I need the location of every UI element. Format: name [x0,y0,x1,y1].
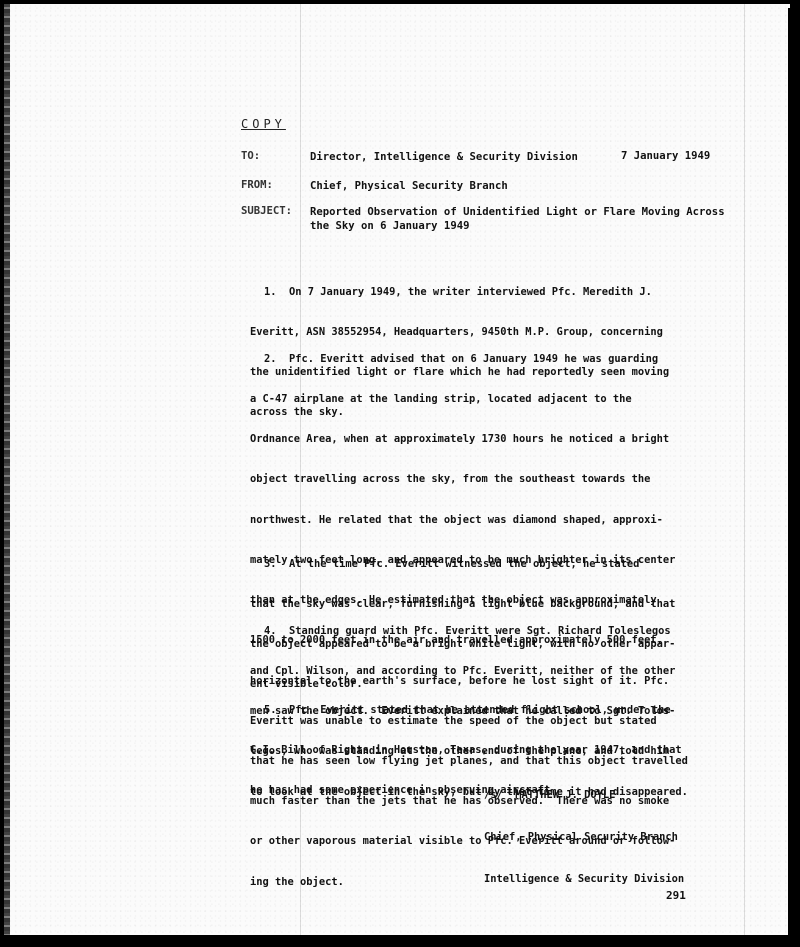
scan-edge-right [788,8,800,947]
paragraph-line: 3. At the time Pfc. Everitt witnessed th… [250,558,730,571]
subject-label: SUBJECT: [241,205,292,217]
to-label: TO: [241,150,260,162]
scan-edge [4,4,10,935]
paragraph-line: 2. Pfc. Everitt advised that on 6 Januar… [250,353,730,366]
subject-line-1: Reported Observation of Unidentified Lig… [310,205,725,219]
signature-division: Intelligence & Security Division [484,872,684,886]
signature-name: /s/ MATTHEW J. DOYLE [484,788,684,802]
subject-line-2: the Sky on 6 January 1949 [310,219,469,233]
from-label: FROM: [241,179,273,191]
paragraph-line: northwest. He related that the object wa… [250,514,730,527]
document-page: COPY TO: Director, Intelligence & Securi… [4,4,790,935]
memo-date: 7 January 1949 [621,150,710,162]
to-value: Director, Intelligence & Security Divisi… [310,150,578,164]
signature-title: Chief, Physical Security Branch [484,830,684,844]
paragraph-line: 5. Pfc. Everitt stated that he attended … [250,704,730,717]
signature-block: /s/ MATTHEW J. DOYLE Chief, Physical Sec… [484,760,684,914]
paragraph-line: 1. On 7 January 1949, the writer intervi… [250,286,730,299]
paragraph-line: object travelling across the sky, from t… [250,473,730,486]
paragraph-line: Ordnance Area, when at approximately 173… [250,433,730,446]
fold-line [744,4,745,935]
copy-stamp: COPY [241,117,286,131]
page-number: 291 [666,889,686,902]
from-value: Chief, Physical Security Branch [310,179,508,193]
paragraph-line: G.I. Bill of Rights in Houston, Texas, d… [250,744,730,757]
paragraph-line: a C-47 airplane at the landing strip, lo… [250,393,730,406]
paragraph-line: 4. Standing guard with Pfc. Everitt were… [250,625,730,638]
